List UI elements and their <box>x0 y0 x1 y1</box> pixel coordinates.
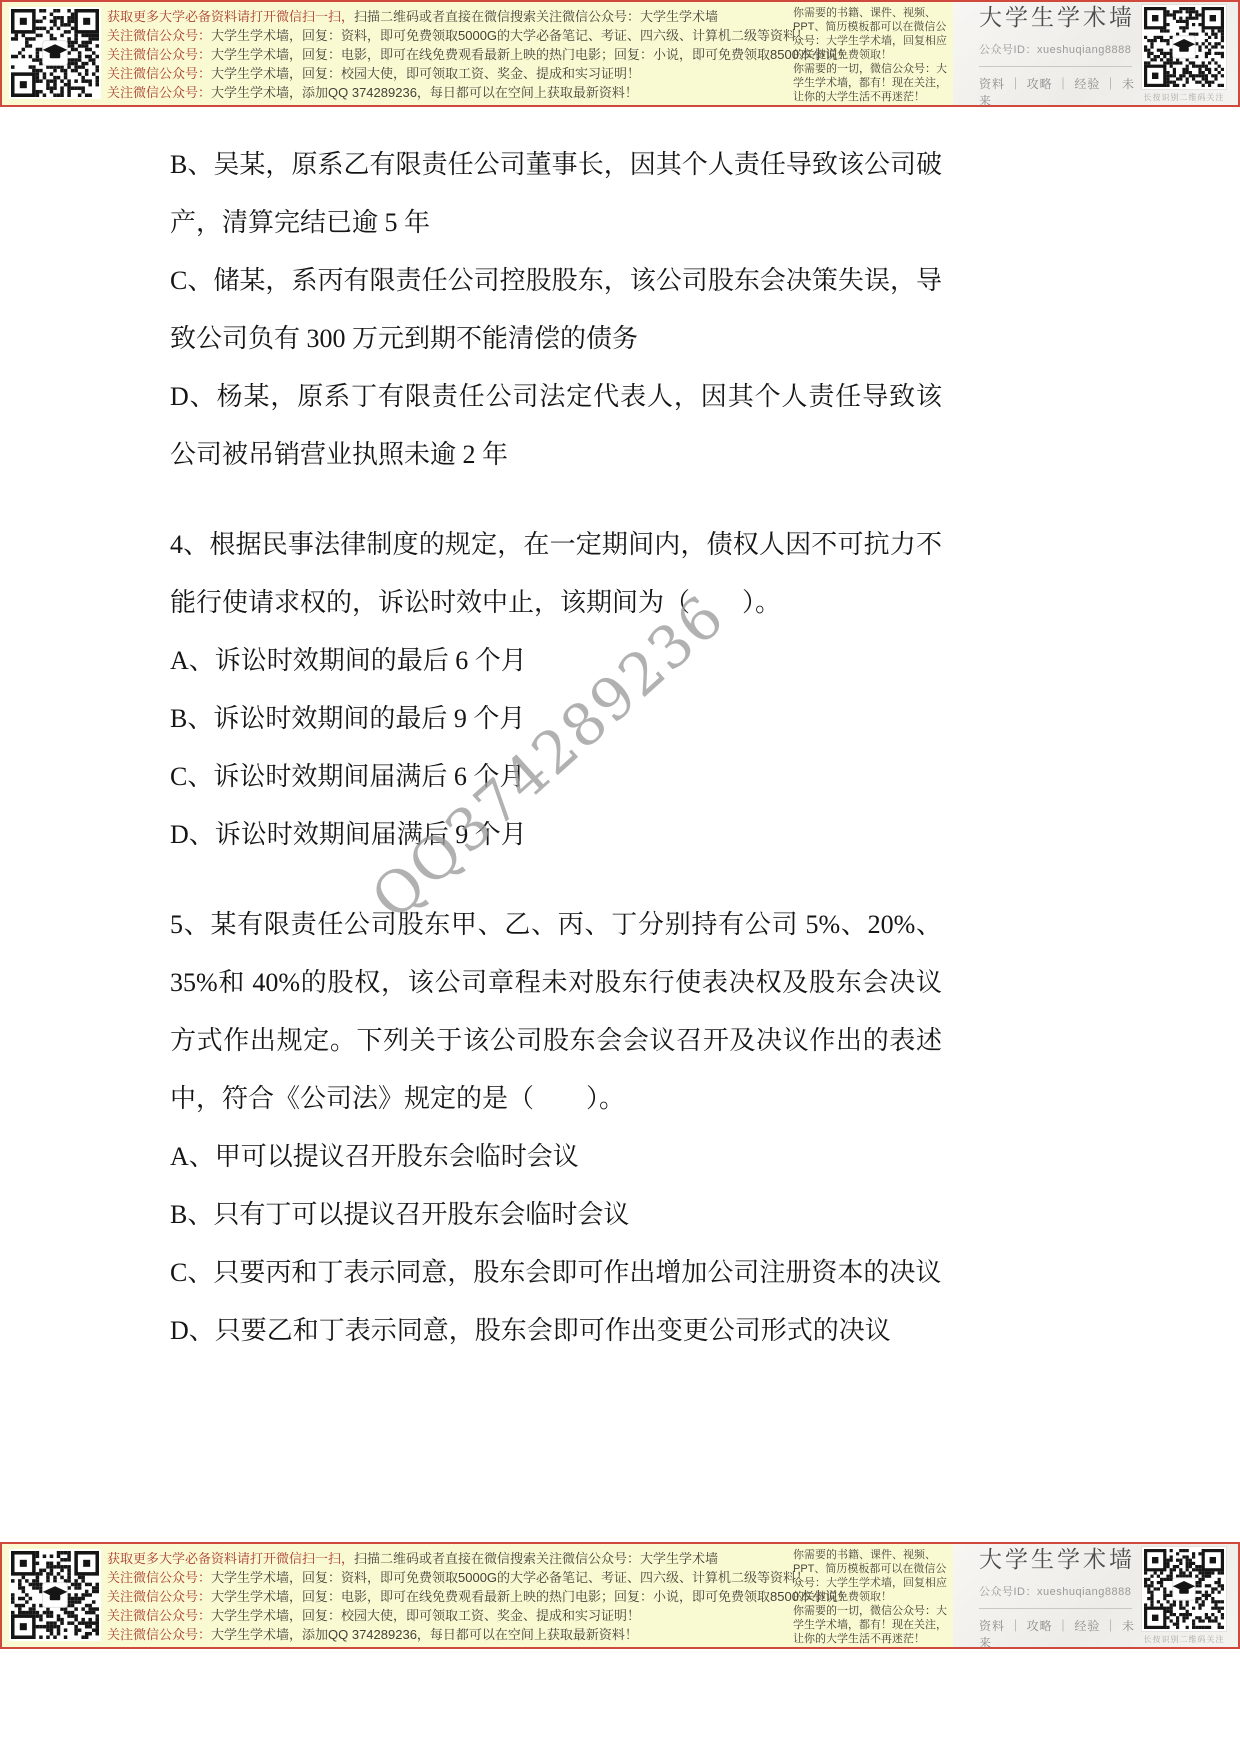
question-option: D、诉讼时效期间届满后 9 个月 <box>170 806 942 864</box>
qr-caption: 长按识别二维码关注 <box>1138 92 1230 103</box>
question-option: B、吴某，原系乙有限责任公司董事长，因其个人责任导致该公司破产，清算完结已逾 5… <box>170 136 942 252</box>
banner-line-lead: 获取更多大学必备资料请打开微信扫一扫， <box>107 9 354 24</box>
banner-line: 关注微信公众号：大学生学术墙，添加QQ 374289236，每日都可以在空间上获… <box>107 1625 791 1644</box>
banner-line-rest: 大学生学术墙，回复：电影，即可在线免费观看最新上映的热门电影；回复：小说，即可免… <box>211 47 851 62</box>
question-option: D、只要乙和丁表示同意，股东会即可作出变更公司形式的决议 <box>170 1302 942 1360</box>
banner-line-lead: 关注微信公众号： <box>107 1589 211 1604</box>
question5-stem: 5、某有限责任公司股东甲、乙、丙、丁分别持有公司 5%、20%、35%和 40%… <box>170 896 942 1128</box>
account-id: 公众号ID：xueshuqiang8888 <box>979 1583 1138 1599</box>
question-option: C、储某，系丙有限责任公司控股股东，该公司股东会决策失误，导致公司负有 300 … <box>170 252 942 368</box>
document-text: B、吴某，原系乙有限责任公司董事长，因其个人责任导致该公司破产，清算完结已逾 5… <box>170 136 942 1360</box>
banner-line-lead: 关注微信公众号： <box>107 1570 211 1585</box>
question3-options: B、吴某，原系乙有限责任公司董事长，因其个人责任导致该公司破产，清算完结已逾 5… <box>170 136 942 484</box>
question-option: D、杨某，原系丁有限责任公司法定代表人，因其个人责任导致该公司被吊销营业执照未逾… <box>170 368 942 484</box>
banner-line: 关注微信公众号：大学生学术墙，回复：校园大使，即可领取工资、奖金、提成和实习证明… <box>107 1606 791 1625</box>
banner-line: 关注微信公众号：大学生学术墙，回复：校园大使，即可领取工资、奖金、提成和实习证明… <box>107 64 791 83</box>
divider <box>979 1608 1132 1609</box>
banner-line-rest: 大学生学术墙，添加QQ 374289236，每日都可以在空间上获取最新资料！ <box>211 85 638 100</box>
banner-line-rest: 大学生学术墙，回复：资料，即可免费领取5000G的大学必备笔记、考证、四六级、计… <box>211 28 809 43</box>
account-name: 大学生学术墙 <box>979 1541 1138 1574</box>
banner-note-bottom: 你需要的一切，微信公众号：大学生学术墙，都有！现在关注，让你的大学生活不再迷茫！ <box>793 62 947 104</box>
banner-line: 关注微信公众号：大学生学术墙，回复：电影，即可在线免费观看最新上映的热门电影；回… <box>107 1587 791 1606</box>
wechat-qr-code-icon <box>9 7 101 99</box>
banner-line: 关注微信公众号：大学生学术墙，回复：资料，即可免费领取5000G的大学必备笔记、… <box>107 1568 791 1587</box>
question4-stem: 4、根据民事法律制度的规定，在一定期间内，债权人因不可抗力不能行使请求权的，诉讼… <box>170 516 942 632</box>
banner-line-lead: 关注微信公众号： <box>107 47 211 62</box>
banner-middle-notes: 你需要的书籍、课件、视频、PPT、简历模板都可以在微信公众号：大学生学术墙，回复… <box>791 1544 951 1647</box>
official-account-card: 大学生学术墙 公众号ID：xueshuqiang8888 资料 ｜ 攻略 ｜ 经… <box>953 2 1238 105</box>
banner-text-lines: 获取更多大学必备资料请打开微信扫一扫，扫描二维码或者直接在微信搜索关注微信公众号… <box>107 1544 791 1647</box>
banner-note-top: 你需要的书籍、课件、视频、PPT、简历模板都可以在微信公众号：大学生学术墙，回复… <box>793 6 947 62</box>
account-qr-code-icon <box>1141 1546 1227 1632</box>
banner-line-lead: 获取更多大学必备资料请打开微信扫一扫， <box>107 1551 354 1566</box>
document-page: 获取更多大学必备资料请打开微信扫一扫，扫描二维码或者直接在微信搜索关注微信公众号… <box>0 0 1240 1754</box>
question-option: A、甲可以提议召开股东会临时会议 <box>170 1128 942 1186</box>
qr-caption: 长按识别二维码关注 <box>1138 1634 1230 1645</box>
banner-line: 获取更多大学必备资料请打开微信扫一扫，扫描二维码或者直接在微信搜索关注微信公众号… <box>107 7 791 26</box>
banner-line-rest: 大学生学术墙，添加QQ 374289236，每日都可以在空间上获取最新资料！ <box>211 1627 638 1642</box>
banner-line-lead: 关注微信公众号： <box>107 1627 211 1642</box>
banner-line: 关注微信公众号：大学生学术墙，添加QQ 374289236，每日都可以在空间上获… <box>107 83 791 102</box>
banner-line-lead: 关注微信公众号： <box>107 1608 211 1623</box>
banner-note-bottom: 你需要的一切，微信公众号：大学生学术墙，都有！现在关注，让你的大学生活不再迷茫！ <box>793 1604 947 1646</box>
account-tags: 资料 ｜ 攻略 ｜ 经验 ｜ 未来 <box>979 75 1138 109</box>
question-option: B、只有丁可以提议召开股东会临时会议 <box>170 1186 942 1244</box>
account-card-qr-area: 长按识别二维码关注 <box>1138 4 1230 103</box>
wechat-qr-code-icon <box>9 1549 101 1641</box>
banner-line-rest: 大学生学术墙，回复：校园大使，即可领取工资、奖金、提成和实习证明！ <box>211 1608 640 1623</box>
account-card-info: 大学生学术墙 公众号ID：xueshuqiang8888 资料 ｜ 攻略 ｜ 经… <box>979 1541 1138 1651</box>
banner-middle-notes: 你需要的书籍、课件、视频、PPT、简历模板都可以在微信公众号：大学生学术墙，回复… <box>791 2 951 105</box>
banner-note-top: 你需要的书籍、课件、视频、PPT、简历模板都可以在微信公众号：大学生学术墙，回复… <box>793 1548 947 1604</box>
banner-line-rest: 扫描二维码或者直接在微信搜索关注微信公众号：大学生学术墙 <box>354 1551 718 1566</box>
official-account-card: 大学生学术墙 公众号ID：xueshuqiang8888 资料 ｜ 攻略 ｜ 经… <box>953 1544 1238 1647</box>
banner-line-rest: 大学生学术墙，回复：电影，即可在线免费观看最新上映的热门电影；回复：小说，即可免… <box>211 1589 851 1604</box>
banner-line: 关注微信公众号：大学生学术墙，回复：资料，即可免费领取5000G的大学必备笔记、… <box>107 26 791 45</box>
banner-line-rest: 大学生学术墙，回复：资料，即可免费领取5000G的大学必备笔记、考证、四六级、计… <box>211 1570 809 1585</box>
question-option: A、诉讼时效期间的最后 6 个月 <box>170 632 942 690</box>
account-tags: 资料 ｜ 攻略 ｜ 经验 ｜ 未来 <box>979 1617 1138 1651</box>
banner-text-lines: 获取更多大学必备资料请打开微信扫一扫，扫描二维码或者直接在微信搜索关注微信公众号… <box>107 2 791 105</box>
banner-line-rest: 扫描二维码或者直接在微信搜索关注微信公众号：大学生学术墙 <box>354 9 718 24</box>
question4-options: A、诉讼时效期间的最后 6 个月B、诉讼时效期间的最后 9 个月C、诉讼时效期间… <box>170 632 942 864</box>
banner-line: 获取更多大学必备资料请打开微信扫一扫，扫描二维码或者直接在微信搜索关注微信公众号… <box>107 1549 791 1568</box>
question-option: C、只要丙和丁表示同意，股东会即可作出增加公司注册资本的决议 <box>170 1244 942 1302</box>
banner-line-lead: 关注微信公众号： <box>107 28 211 43</box>
question-option: C、诉讼时效期间届满后 6 个月 <box>170 748 942 806</box>
question-option: B、诉讼时效期间的最后 9 个月 <box>170 690 942 748</box>
header-promo-banner: 获取更多大学必备资料请打开微信扫一扫，扫描二维码或者直接在微信搜索关注微信公众号… <box>0 0 1240 107</box>
account-id: 公众号ID：xueshuqiang8888 <box>979 41 1138 57</box>
account-card-qr-area: 长按识别二维码关注 <box>1138 1546 1230 1645</box>
account-name: 大学生学术墙 <box>979 0 1138 32</box>
banner-line-rest: 大学生学术墙，回复：校园大使，即可领取工资、奖金、提成和实习证明！ <box>211 66 640 81</box>
question5-options: A、甲可以提议召开股东会临时会议B、只有丁可以提议召开股东会临时会议C、只要丙和… <box>170 1128 942 1360</box>
banner-line: 关注微信公众号：大学生学术墙，回复：电影，即可在线免费观看最新上映的热门电影；回… <box>107 45 791 64</box>
footer-promo-banner: 获取更多大学必备资料请打开微信扫一扫，扫描二维码或者直接在微信搜索关注微信公众号… <box>0 1542 1240 1649</box>
account-qr-code-icon <box>1141 4 1227 90</box>
divider <box>979 66 1132 67</box>
banner-line-lead: 关注微信公众号： <box>107 85 211 100</box>
account-card-info: 大学生学术墙 公众号ID：xueshuqiang8888 资料 ｜ 攻略 ｜ 经… <box>979 0 1138 109</box>
banner-line-lead: 关注微信公众号： <box>107 66 211 81</box>
